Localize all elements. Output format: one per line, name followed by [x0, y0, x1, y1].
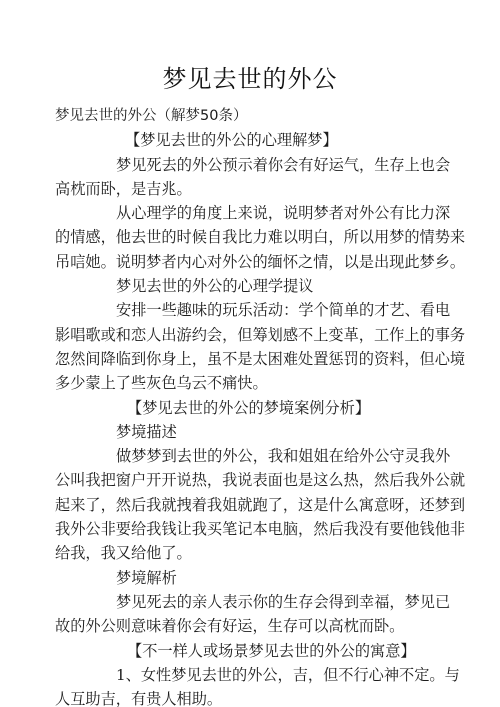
section-heading: 【梦见去世的外公的心理解梦】	[55, 128, 425, 152]
subheading: 梦见去世的外公的心理学提议	[55, 274, 425, 298]
paragraph-line: 多少蒙上了些灰色乌云不痛快。	[55, 371, 425, 395]
paragraph-line: 影唱歌或和恋人出游约会，但筹划感不上变革，工作上的事务	[55, 323, 425, 347]
paragraph-line: 1、女性梦见去世的外公，吉，但不行心神不定。与	[55, 663, 425, 687]
paragraph-line: 的情感，他去世的时候自我比力难以明白，所以用梦的情势来	[55, 225, 425, 249]
subheading: 梦境描述	[55, 420, 425, 444]
paragraph-line: 梦见死去的外公预示着你会有好运气，生存上也会	[55, 153, 425, 177]
paragraph-line: 给我，我又给他了。	[55, 541, 425, 565]
document-page: 梦见去世的外公 梦见去世的外公（解梦50条） 【梦见去世的外公的心理解梦】 梦见…	[0, 0, 500, 707]
paragraph-line: 做梦梦到去世的外公，我和姐姐在给外公守灵我外	[55, 444, 425, 468]
paragraph-line: 吊唁她。说明梦者内心对外公的缅怀之情，以是出现此梦乡。	[55, 250, 425, 274]
paragraph-line: 梦见死去的亲人表示你的生存会得到幸福，梦见已	[55, 590, 425, 614]
document-title: 梦见去世的外公	[0, 62, 500, 96]
paragraph-line: 起来了，然后我就拽着我姐就跑了，这是什么寓意呀，还梦到	[55, 493, 425, 517]
paragraph-line: 人互助吉，有贵人相助。	[55, 687, 425, 707]
subheading: 梦境解析	[55, 566, 425, 590]
paragraph-line: 公叫我把窗户开开说热，我说表面也是这么热，然后我外公就	[55, 468, 425, 492]
paragraph-line: 从心理学的角度上来说，说明梦者对外公有比力深	[55, 201, 425, 225]
section-heading: 【不一样人或场景梦见去世的外公的寓意】	[55, 639, 425, 663]
paragraph-line: 安排一些趣味的玩乐活动：学个简单的才艺、看电	[55, 298, 425, 322]
paragraph-line: 我外公非要给我钱让我买笔记本电脑，然后我没有要他钱他非	[55, 517, 425, 541]
paragraph-line: 忽然间降临到你身上，虽不是太困难处置惩罚的资料，但心境	[55, 347, 425, 371]
paragraph-line: 故的外公则意味着你会有好运，生存可以高枕而卧。	[55, 614, 425, 638]
document-body: 梦见去世的外公（解梦50条） 【梦见去世的外公的心理解梦】 梦见死去的外公预示着…	[55, 104, 425, 707]
section-heading: 【梦见去世的外公的梦境案例分析】	[55, 396, 425, 420]
paragraph-line: 高枕而卧，是吉兆。	[55, 177, 425, 201]
document-subtitle: 梦见去世的外公（解梦50条）	[55, 104, 425, 128]
